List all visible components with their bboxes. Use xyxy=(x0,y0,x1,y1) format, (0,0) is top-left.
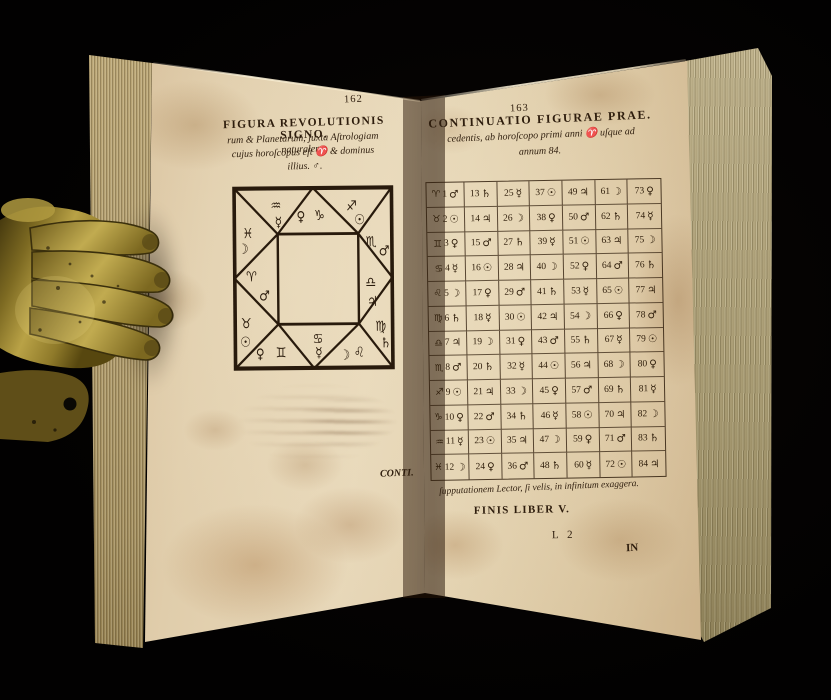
year-number: 24 xyxy=(476,462,486,472)
year-number: 83 xyxy=(638,434,648,444)
year-number: 4 xyxy=(445,264,450,274)
planet-glyph: ☉ xyxy=(648,333,658,345)
table-cell-year-14: 14♃ xyxy=(465,207,498,232)
table-cell-year-25: 25☿ xyxy=(497,181,530,206)
year-number: 16 xyxy=(471,263,481,273)
table-cell-year-7: ♎7♃ xyxy=(429,331,467,356)
planet-glyph: ♂ xyxy=(449,188,459,200)
table-cell-year-48: 48♄ xyxy=(534,453,567,478)
planet-glyph: ♄ xyxy=(515,237,525,249)
table-cell-year-84: 84♃ xyxy=(632,451,665,476)
zodiac-sign-glyph: ♊ xyxy=(433,239,442,250)
horoscope-planet-house-10: ♀ xyxy=(296,209,305,225)
table-cell-year-4: ♋4☿ xyxy=(428,257,466,282)
horoscope-sign-house-5: ♌ xyxy=(354,345,365,361)
table-cell-year-16: 16☉ xyxy=(466,256,499,281)
table-cell-year-30: 30☉ xyxy=(499,305,532,330)
year-number: 53 xyxy=(571,286,581,296)
planet-glyph: ♃ xyxy=(549,310,559,322)
table-cell-year-70: 70♃ xyxy=(599,402,632,427)
planet-glyph: ♃ xyxy=(616,408,626,420)
table-cell-year-78: 78♂ xyxy=(630,303,663,328)
planet-glyph: ☽ xyxy=(456,461,466,473)
table-cell-year-65: 65☉ xyxy=(597,279,630,304)
planet-glyph: ☽ xyxy=(551,434,561,446)
year-number: 39 xyxy=(538,237,548,247)
table-cell-year-11: ♒11☿ xyxy=(431,430,469,455)
left-page-catchword: CONTI. xyxy=(380,467,414,479)
year-number: 57 xyxy=(571,385,581,395)
year-number: 5 xyxy=(444,289,449,299)
planet-glyph: ☽ xyxy=(518,385,528,397)
year-number: 80 xyxy=(638,359,648,369)
year-number: 10 xyxy=(445,412,455,422)
table-cell-year-68: 68☽ xyxy=(598,353,631,378)
table-cell-year-75: 75☽ xyxy=(629,228,662,253)
zodiac-sign-glyph: ♉ xyxy=(432,214,441,225)
table-cell-year-6: ♍6♄ xyxy=(429,306,467,331)
horoscope-planet-house-5: ☽ xyxy=(339,348,350,364)
table-cell-year-69: 69♄ xyxy=(599,378,632,403)
table-cell-year-33: 33☽ xyxy=(501,379,534,404)
year-number: 44 xyxy=(538,361,548,371)
table-cell-year-66: 66♀ xyxy=(597,303,630,328)
year-number: 12 xyxy=(445,462,455,472)
planet-glyph: ♀ xyxy=(487,461,495,473)
table-cell-year-19: 19☽ xyxy=(467,330,500,355)
planet-glyph: ♄ xyxy=(551,459,561,471)
table-cell-year-73: 73♀ xyxy=(628,179,661,204)
table-cell-year-35: 35♃ xyxy=(501,429,534,454)
planet-glyph: ☿ xyxy=(516,187,523,199)
table-cell-year-24: 24♀ xyxy=(469,454,502,479)
planet-glyph: ☿ xyxy=(457,436,464,448)
table-cell-year-9: ♐9☉ xyxy=(430,380,468,405)
planet-glyph: ☿ xyxy=(452,263,459,275)
horoscope-planet-house-6: ♄ xyxy=(380,336,391,352)
table-cell-year-31: 31♀ xyxy=(500,330,533,355)
table-cell-year-63: 63♃ xyxy=(596,229,629,254)
planet-glyph: ☉ xyxy=(547,187,557,199)
table-cell-year-45: 45♀ xyxy=(533,379,566,404)
table-cell-year-44: 44☉ xyxy=(533,354,566,379)
table-cell-year-15: 15♂ xyxy=(465,231,498,256)
planet-glyph: ♄ xyxy=(646,259,656,271)
planet-glyph: ☽ xyxy=(514,212,524,224)
year-number: 13 xyxy=(470,189,480,199)
year-number: 76 xyxy=(635,260,645,270)
year-number: 75 xyxy=(635,236,645,246)
year-number: 81 xyxy=(639,384,649,394)
finis-line: FINIS LIBER V. xyxy=(462,503,582,517)
table-cell-year-40: 40☽ xyxy=(531,255,564,280)
planet-glyph: ♃ xyxy=(613,235,623,247)
planet-glyph: ☽ xyxy=(548,261,558,273)
table-cell-year-23: 23☉ xyxy=(469,429,502,454)
table-cell-year-62: 62♄ xyxy=(595,204,628,229)
year-number: 21 xyxy=(473,387,483,397)
brass-palm-and-fingers xyxy=(0,198,174,368)
planet-glyph: ♂ xyxy=(485,411,495,423)
horoscope-sign-house-7: ♎ xyxy=(365,275,376,291)
table-cell-year-72: 72☉ xyxy=(600,452,633,477)
brass-wrist xyxy=(0,370,89,442)
planet-glyph: ☽ xyxy=(582,310,592,322)
year-number: 79 xyxy=(636,335,646,345)
year-number: 41 xyxy=(537,287,547,297)
year-number: 74 xyxy=(636,211,646,221)
horoscope-planet-house-2: ☉ xyxy=(240,335,251,351)
table-cell-year-42: 42♃ xyxy=(532,304,565,329)
zodiac-sign-glyph: ♌ xyxy=(433,288,442,299)
zodiac-sign-glyph: ♐ xyxy=(435,387,444,398)
year-number: 71 xyxy=(605,434,615,444)
planet-glyph: ☽ xyxy=(646,234,656,246)
year-number: 69 xyxy=(604,385,614,395)
year-number: 58 xyxy=(572,410,582,420)
horoscope-planet-house-8: ♂ xyxy=(379,244,390,260)
year-number: 66 xyxy=(604,310,614,320)
planet-glyph: ♃ xyxy=(650,458,660,470)
year-number: 62 xyxy=(601,211,611,221)
planet-glyph: ☉ xyxy=(614,285,624,297)
planet-glyph: ☿ xyxy=(583,285,590,297)
horoscope-planet-house-3: ♀ xyxy=(256,347,265,363)
left-page-heading-line4: illius. ♂. xyxy=(255,160,355,174)
planet-glyph: ♃ xyxy=(485,386,495,398)
table-cell-year-38: 38♀ xyxy=(530,205,563,230)
planet-glyph: ♃ xyxy=(647,284,657,296)
year-number: 70 xyxy=(604,409,614,419)
year-number: 3 xyxy=(444,239,449,249)
planet-glyph: ♄ xyxy=(484,361,494,373)
planet-glyph: ☉ xyxy=(486,435,496,447)
year-number: 22 xyxy=(474,412,484,422)
table-cell-year-50: 50♂ xyxy=(563,205,596,230)
table-cell-year-56: 56♃ xyxy=(565,353,598,378)
photo-of-open-antique-book: 162 FIGURA REVOLUTIONIS SIGNO. rum & Pla… xyxy=(0,0,831,700)
year-number: 19 xyxy=(472,337,482,347)
year-number: 45 xyxy=(540,386,550,396)
table-cell-year-77: 77♃ xyxy=(629,278,662,303)
planet-glyph: ♀ xyxy=(548,211,556,223)
horoscope-sign-house-1: ♈ xyxy=(246,270,257,286)
right-page-catchword: IN xyxy=(626,542,639,554)
planet-glyph: ♄ xyxy=(451,312,461,324)
planet-glyph: ♄ xyxy=(518,410,528,422)
table-cell-year-60: 60☿ xyxy=(567,452,600,477)
year-number: 46 xyxy=(541,411,551,421)
horoscope-planet-house-4: ☿ xyxy=(315,345,323,361)
table-cell-year-28: 28♃ xyxy=(498,255,531,280)
horoscope-sign-house-3: ♊ xyxy=(276,346,287,362)
planet-glyph: ♀ xyxy=(582,260,590,272)
horoscope-inner-square xyxy=(278,233,359,324)
year-number: 23 xyxy=(474,436,484,446)
year-number: 35 xyxy=(507,436,517,446)
planet-glyph: ☿ xyxy=(650,383,657,395)
table-cell-year-37: 37☉ xyxy=(530,181,563,206)
planet-glyph: ♃ xyxy=(518,435,528,447)
year-number: 64 xyxy=(602,261,612,271)
table-cell-year-58: 58☉ xyxy=(566,403,599,428)
table-cell-year-17: 17♀ xyxy=(466,281,499,306)
year-number: 8 xyxy=(445,363,450,373)
brass-hand-bookstand xyxy=(0,190,185,450)
table-cell-year-43: 43♂ xyxy=(532,329,565,354)
planet-glyph: ♀ xyxy=(451,238,459,250)
table-cell-year-52: 52♀ xyxy=(564,254,597,279)
signature-mark: L 2 xyxy=(552,529,576,541)
horoscope-sign-house-11: ♒ xyxy=(270,198,281,214)
year-number: 50 xyxy=(568,212,578,222)
table-cell-year-39: 39☿ xyxy=(531,230,564,255)
year-number: 84 xyxy=(638,459,648,469)
zodiac-sign-glyph: ♓ xyxy=(434,462,443,473)
zodiac-sign-glyph: ♋ xyxy=(434,263,443,274)
zodiac-sign-glyph: ♎ xyxy=(434,338,443,349)
planet-glyph: ♂ xyxy=(583,384,593,396)
year-number: 40 xyxy=(537,262,547,272)
year-number: 63 xyxy=(601,236,611,246)
table-cell-year-13: 13♄ xyxy=(464,182,497,207)
table-cell-year-55: 55♄ xyxy=(565,329,598,354)
year-number: 38 xyxy=(537,213,547,223)
table-cell-year-82: 82☽ xyxy=(632,402,665,427)
table-cell-year-22: 22♂ xyxy=(468,405,501,430)
planet-glyph: ☿ xyxy=(616,334,623,346)
horoscope-sign-house-10: ♑ xyxy=(314,208,325,224)
planet-glyph: ♄ xyxy=(650,432,660,444)
table-cell-year-12: ♓12☽ xyxy=(431,455,469,480)
planet-glyph: ☿ xyxy=(647,210,654,222)
year-number: 36 xyxy=(507,461,517,471)
planet-glyph: ♂ xyxy=(519,460,529,472)
year-number: 28 xyxy=(504,263,514,273)
planet-glyph: ☽ xyxy=(649,408,659,420)
year-number: 6 xyxy=(444,313,449,323)
year-number: 25 xyxy=(504,188,514,198)
planet-glyph: ♀ xyxy=(456,411,464,423)
horoscope-sign-house-12: ♓ xyxy=(242,226,253,242)
year-number: 9 xyxy=(446,388,451,398)
year-number: 11 xyxy=(446,437,455,447)
year-number: 20 xyxy=(473,362,483,372)
year-number: 27 xyxy=(503,238,513,248)
table-cell-year-10: ♑10♀ xyxy=(430,405,468,430)
year-number: 78 xyxy=(636,310,646,320)
year-number: 2 xyxy=(443,214,448,224)
table-cell-year-53: 53☿ xyxy=(564,279,597,304)
table-cell-year-18: 18☿ xyxy=(467,306,500,331)
horoscope-planet-house-9: ☉ xyxy=(354,212,365,228)
planet-glyph: ☽ xyxy=(612,186,622,198)
planet-glyph: ☿ xyxy=(586,459,593,471)
year-number: 43 xyxy=(538,336,548,346)
year-number: 67 xyxy=(605,335,615,345)
zodiac-sign-glyph: ♑ xyxy=(434,412,443,423)
planet-glyph: ♂ xyxy=(580,211,590,223)
planet-glyph: ♀ xyxy=(649,358,657,370)
planet-glyph: ☉ xyxy=(617,458,627,470)
planet-glyph: ♃ xyxy=(582,359,592,371)
year-number: 31 xyxy=(506,337,516,347)
mounting-hole xyxy=(64,398,77,411)
horoscope-house-symbols: ♈♂♉☉♊♀♋☿♌☽♍♄♎♃♏♂♐☉♑♀♒☿♓☽ xyxy=(237,198,391,365)
planet-glyph: ☿ xyxy=(485,312,492,324)
right-page-heading-line3: annum 84. xyxy=(470,144,610,160)
planet-glyph: ♂ xyxy=(613,260,623,272)
year-number: 54 xyxy=(570,311,580,321)
year-number: 18 xyxy=(474,313,484,323)
horoscope-sign-house-2: ♉ xyxy=(241,317,252,333)
planet-glyph: ☿ xyxy=(552,409,559,421)
table-cell-year-27: 27♄ xyxy=(498,231,531,256)
year-number: 72 xyxy=(605,459,615,469)
horoscope-planet-house-7: ♃ xyxy=(367,294,378,310)
year-number: 30 xyxy=(505,312,515,322)
horoscope-sign-house-6: ♍ xyxy=(375,319,386,335)
planet-glyph: ♀ xyxy=(615,309,623,321)
square-horoscope-diagram: ♈♂♉☉♊♀♋☿♌☽♍♄♎♃♏♂♐☉♑♀♒☿♓☽ xyxy=(232,185,395,370)
planet-glyph: ♀ xyxy=(646,185,654,197)
planet-glyph: ☉ xyxy=(483,262,493,274)
planet-glyph: ♀ xyxy=(517,336,525,348)
horoscope-planet-house-12: ☽ xyxy=(238,242,249,258)
table-cell-year-74: 74☿ xyxy=(628,204,661,229)
planet-glyph: ☿ xyxy=(519,360,526,372)
planet-glyph: ♄ xyxy=(481,188,491,200)
planet-glyph: ♃ xyxy=(452,337,462,349)
planet-glyph: ♀ xyxy=(484,287,492,299)
year-number: 65 xyxy=(602,286,612,296)
table-cell-year-79: 79☉ xyxy=(630,327,663,352)
year-number: 1 xyxy=(442,190,447,200)
planet-glyph: ☉ xyxy=(580,236,590,248)
planet-glyph: ♀ xyxy=(585,434,593,446)
year-number: 34 xyxy=(506,411,516,421)
table-cell-year-8: ♏8♂ xyxy=(429,356,467,381)
zodiac-sign-glyph: ♈ xyxy=(432,189,441,200)
planet-glyph: ♄ xyxy=(548,286,558,298)
planet-glyph: ☉ xyxy=(449,213,459,225)
planet-glyph: ♂ xyxy=(482,237,492,249)
planet-glyph: ☉ xyxy=(516,311,526,323)
year-number: 55 xyxy=(570,336,580,346)
year-number: 37 xyxy=(535,188,545,198)
year-number: 82 xyxy=(638,409,648,419)
table-cell-year-47: 47☽ xyxy=(534,428,567,453)
year-number: 59 xyxy=(573,435,583,445)
table-cell-year-57: 57♂ xyxy=(566,378,599,403)
table-cell-year-41: 41♄ xyxy=(531,280,564,305)
planet-glyph: ♄ xyxy=(612,210,622,222)
year-number: 42 xyxy=(537,312,547,322)
table-cell-year-80: 80♀ xyxy=(631,352,664,377)
horoscope-planet-house-1: ♂ xyxy=(259,289,270,305)
year-number: 68 xyxy=(604,360,614,370)
planet-glyph: ♄ xyxy=(582,335,592,347)
table-cell-year-5: ♌5☽ xyxy=(428,281,466,306)
planet-glyph: ♃ xyxy=(579,186,589,198)
year-number: 32 xyxy=(507,362,517,372)
planet-glyph: ♂ xyxy=(452,362,462,374)
year-number: 7 xyxy=(445,338,450,348)
planet-glyph: ♂ xyxy=(616,433,626,445)
year-number: 29 xyxy=(504,287,514,297)
year-number: 51 xyxy=(569,237,579,247)
table-cell-year-51: 51☉ xyxy=(563,230,596,255)
planet-glyph: ☽ xyxy=(451,287,461,299)
table-cell-year-3: ♊3♀ xyxy=(427,232,465,257)
table-cell-year-59: 59♀ xyxy=(567,428,600,453)
table-cell-year-71: 71♂ xyxy=(599,427,632,452)
year-number: 48 xyxy=(540,461,550,471)
year-number: 52 xyxy=(570,262,580,272)
year-number: 60 xyxy=(574,460,584,470)
left-page-number: 162 xyxy=(344,94,363,106)
year-number: 26 xyxy=(503,213,513,223)
planet-glyph: ♂ xyxy=(647,309,657,321)
table-cell-year-64: 64♂ xyxy=(596,254,629,279)
table-cell-year-26: 26☽ xyxy=(498,206,531,231)
table-cell-year-34: 34♄ xyxy=(501,404,534,429)
planet-glyph: ☽ xyxy=(615,359,625,371)
planet-glyph: ♂ xyxy=(516,286,526,298)
table-cell-year-67: 67☿ xyxy=(598,328,631,353)
table-cell-year-81: 81☿ xyxy=(631,377,664,402)
year-number: 73 xyxy=(635,186,645,196)
planet-glyph: ☿ xyxy=(549,236,556,248)
zodiac-sign-glyph: ♏ xyxy=(435,362,444,373)
table-cell-year-76: 76♄ xyxy=(629,253,662,278)
year-number: 17 xyxy=(472,288,482,298)
horoscope-sign-house-8: ♏ xyxy=(366,234,377,250)
table-cell-year-29: 29♂ xyxy=(499,280,532,305)
year-number: 15 xyxy=(471,239,481,249)
year-planet-table: ♈1♂13♄25☿37☉49♃61☽73♀♉2☉14♃26☽38♀50♂62♄7… xyxy=(425,178,666,481)
year-number: 14 xyxy=(470,214,480,224)
year-number: 33 xyxy=(506,386,516,396)
planet-glyph: ♀ xyxy=(551,385,559,397)
planet-glyph: ☽ xyxy=(484,336,494,348)
planet-glyph: ♃ xyxy=(482,213,492,225)
zodiac-sign-glyph: ♍ xyxy=(434,313,443,324)
table-cell-year-83: 83♄ xyxy=(632,426,665,451)
horoscope-planet-house-11: ☿ xyxy=(275,215,283,231)
table-cell-year-46: 46☿ xyxy=(534,403,567,428)
planet-glyph: ☉ xyxy=(583,409,593,421)
table-footnote: ſupputationem Lector, ſi velis, in infin… xyxy=(428,479,650,498)
year-number: 61 xyxy=(601,187,611,197)
table-cell-year-32: 32☿ xyxy=(500,354,533,379)
year-number: 56 xyxy=(571,361,581,371)
show-through-text-ghost xyxy=(298,392,398,450)
planet-glyph: ♃ xyxy=(515,261,525,273)
table-cell-year-1: ♈1♂ xyxy=(426,182,464,207)
year-number: 77 xyxy=(635,285,645,295)
table-cell-year-20: 20♄ xyxy=(467,355,500,380)
planet-glyph: ♂ xyxy=(549,335,559,347)
table-cell-year-21: 21♃ xyxy=(468,380,501,405)
zodiac-sign-glyph: ♒ xyxy=(435,437,444,448)
planet-glyph: ☉ xyxy=(550,360,560,372)
table-cell-year-61: 61☽ xyxy=(595,180,628,205)
table-cell-year-54: 54☽ xyxy=(565,304,598,329)
table-cell-year-49: 49♃ xyxy=(562,180,595,205)
year-number: 47 xyxy=(540,435,550,445)
table-cell-year-36: 36♂ xyxy=(502,453,535,478)
